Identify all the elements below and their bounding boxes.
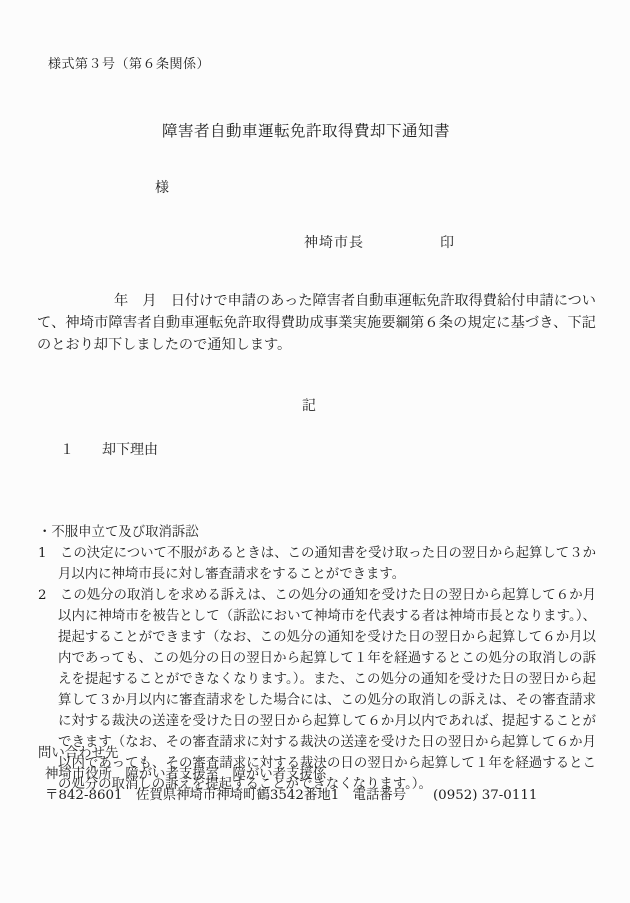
appeal-heading: ・不服申立て及び取消訴訟 [38, 522, 596, 543]
form-number: 様式第３号（第６条関係） [48, 53, 210, 72]
notification-body-paragraph: 年 月 日付けで申請のあった障害者自動車運転免許取得費給付申請について、神埼市障… [37, 290, 596, 356]
rejection-reason-line: １ 却下理由 [60, 439, 158, 459]
contact-office-line: 神埼市役所 障がい者支援室 障がい者支援係 [38, 764, 598, 785]
contact-address-line: 〒842-8601 佐賀県神埼市神埼町鶴3542番地1 電話番号 (0952) … [38, 785, 598, 806]
document-title: 障害者自動車運転免許取得費却下通知書 [0, 119, 612, 141]
contact-heading: 問い合わせ先 [38, 743, 598, 764]
appeal-item-1: 1 この決定について不服があるときは、この通知書を受け取った日の翌日から起算して… [38, 543, 596, 585]
issuer-seal-mark: 印 [440, 232, 454, 252]
document-page: 様式第３号（第６条関係） 障害者自動車運転免許取得費却下通知書 様 神埼市長 印… [0, 0, 630, 903]
contact-section: 問い合わせ先 神埼市役所 障がい者支援室 障がい者支援係 〒842-8601 佐… [38, 743, 598, 806]
record-separator: 記 [0, 395, 618, 415]
addressee-honorific: 様 [155, 177, 169, 197]
issuer-name: 神埼市長 [304, 232, 364, 252]
